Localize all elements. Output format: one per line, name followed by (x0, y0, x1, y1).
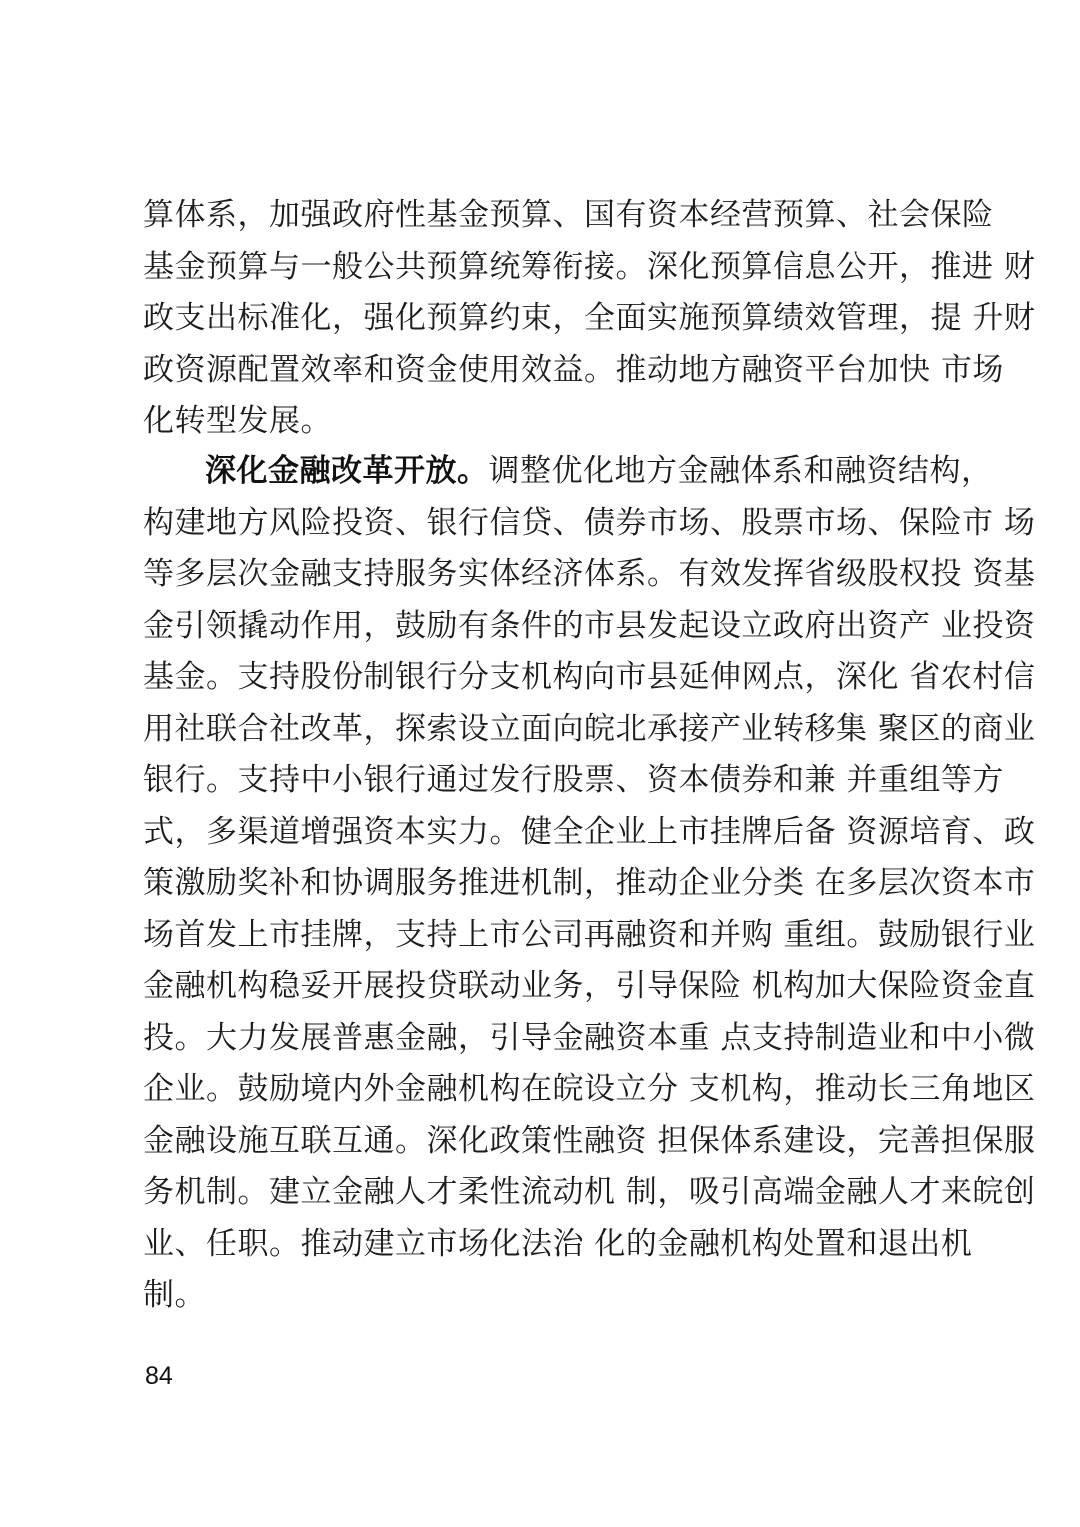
paragraph-budget-system: 算体系，加强政府性基金预算、国有资本经营预算、社会保险 基金预算与一般公共预算统… (143, 190, 943, 448)
text-line: 投。大力发展普惠金融，引导金融资本重 点支持制造业和中小微 (143, 1013, 943, 1065)
text-line: 场首发上市挂牌，支持上市公司再融资和并购 重组。鼓励银行业 (143, 910, 943, 962)
text-line: 政支出标准化，强化预算约束，全面实施预算绩效管理，提 升财 (143, 293, 943, 345)
text-line: 银行。支持中小银行通过发行股票、资本债券和兼 并重组等方 (143, 755, 943, 807)
text-span: 调整优化地方金融体系和融资结构， (489, 453, 993, 489)
text-line: 构建地方风险投资、银行信贷、债券市场、股票市场、保险市 场 (143, 498, 943, 550)
text-line: 等多层次金融支持服务实体经济体系。有效发挥省级股权投 资基 (143, 549, 943, 601)
text-line: 政资源配置效率和资金使用效益。推动地方融资平台加快 市场 (143, 345, 943, 397)
text-line: 金引领撬动作用，鼓励有条件的市县发起设立政府出资产 业投资 (143, 601, 943, 653)
text-line-first: 深化金融改革开放。调整优化地方金融体系和融资结构， (143, 446, 943, 498)
text-line: 基金预算与一般公共预算统筹衔接。深化预算信息公开，推进 财 (143, 242, 943, 294)
text-line: 式，多渠道增强资本实力。健全企业上市挂牌后备 资源培育、政 (143, 807, 943, 859)
text-line: 金融机构稳妥开展投贷联动业务，引导保险 机构加大保险资金直 (143, 961, 943, 1013)
page-number: 84 (145, 1362, 173, 1391)
section-heading: 深化金融改革开放。 (205, 453, 489, 489)
text-line: 算体系，加强政府性基金预算、国有资本经营预算、社会保险 (143, 190, 943, 242)
text-line: 化转型发展。 (143, 396, 943, 448)
text-line: 金融设施互联互通。深化政策性融资 担保体系建设，完善担保服 (143, 1116, 943, 1168)
text-line: 策激励奖补和协调服务推进机制，推动企业分类 在多层次资本市 (143, 858, 943, 910)
document-page: 算体系，加强政府性基金预算、国有资本经营预算、社会保险 基金预算与一般公共预算统… (0, 0, 1080, 1527)
text-line: 基金。支持股份制银行分支机构向市县延伸网点，深化 省农村信 (143, 652, 943, 704)
text-line: 企业。鼓励境内外金融机构在皖设立分 支机构，推动长三角地区 (143, 1064, 943, 1116)
text-line: 用社联合社改革，探索设立面向皖北承接产业转移集 聚区的商业 (143, 704, 943, 756)
text-line: 制。 (143, 1270, 943, 1322)
text-line: 务机制。建立金融人才柔性流动机 制，吸引高端金融人才来皖创 (143, 1167, 943, 1219)
paragraph-financial-reform: 深化金融改革开放。调整优化地方金融体系和融资结构， 构建地方风险投资、银行信贷、… (143, 446, 943, 1322)
text-line: 业、任职。推动建立市场化法治 化的金融机构处置和退出机 (143, 1219, 943, 1271)
